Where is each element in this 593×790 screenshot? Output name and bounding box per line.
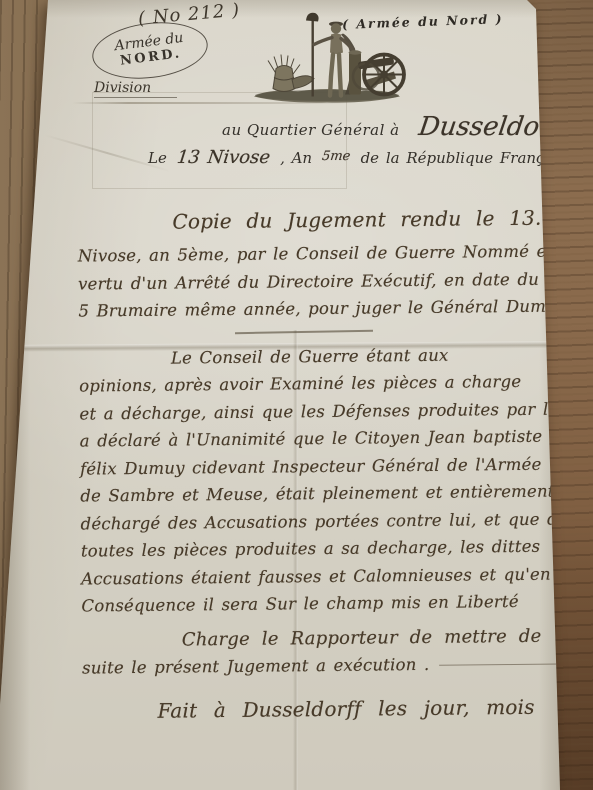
letterhead-printed-prefix: au Quartier Général à bbox=[222, 121, 400, 139]
wheat-sheaf bbox=[268, 55, 314, 92]
manuscript-title-line: Copie du Jugement rendu le 13. bbox=[77, 201, 563, 242]
paper-edge-shadow-left bbox=[0, 0, 30, 790]
letterhead-date-line: Le 13 Nivose , An 5me de la République F… bbox=[148, 147, 568, 168]
manuscript-line: 5 Brumaire même année, pour juger le Gén… bbox=[78, 292, 564, 325]
manuscript-line: a déclaré à l'Unanimité que le Citoyen J… bbox=[80, 422, 566, 455]
liberty-allegory-engraving bbox=[248, 8, 406, 104]
letterhead-place-written: Dusseldorff bbox=[417, 112, 572, 142]
manuscript-line: opinions, après avoir Examiné les pièces… bbox=[79, 367, 565, 400]
manuscript-line: de Sambre et Meuse, était pleinement et … bbox=[80, 477, 566, 510]
document-paper: Armée du NORD. ( No 212 ) ( Armée du Nor… bbox=[0, 0, 593, 790]
letterhead-date-written: 13 Nivose bbox=[176, 147, 272, 168]
letterhead-year-written: 5me bbox=[321, 149, 351, 164]
manuscript-body: Copie du Jugement rendu le 13. Nivose, a… bbox=[77, 201, 568, 725]
division-label: Division bbox=[94, 80, 177, 96]
document-wrap: Armée du NORD. ( No 212 ) ( Armée du Nor… bbox=[0, 0, 593, 790]
manuscript-line: Nivose, an 5ème, par le Conseil de Guerr… bbox=[78, 237, 564, 270]
manuscript-line: Conséquence il sera Sur le champ mis en … bbox=[81, 587, 567, 620]
letterhead-place-line: au Quartier Général à Dusseldorff bbox=[222, 112, 572, 142]
manuscript-closing-line: Fait à Dusseldorff les jour, mois bbox=[82, 693, 568, 726]
manuscript-line: toutes les pièces produites a sa decharg… bbox=[81, 532, 567, 565]
manuscript-line: suite le présent Jugement a exécution . bbox=[82, 649, 568, 682]
flourish-rule bbox=[439, 663, 589, 666]
